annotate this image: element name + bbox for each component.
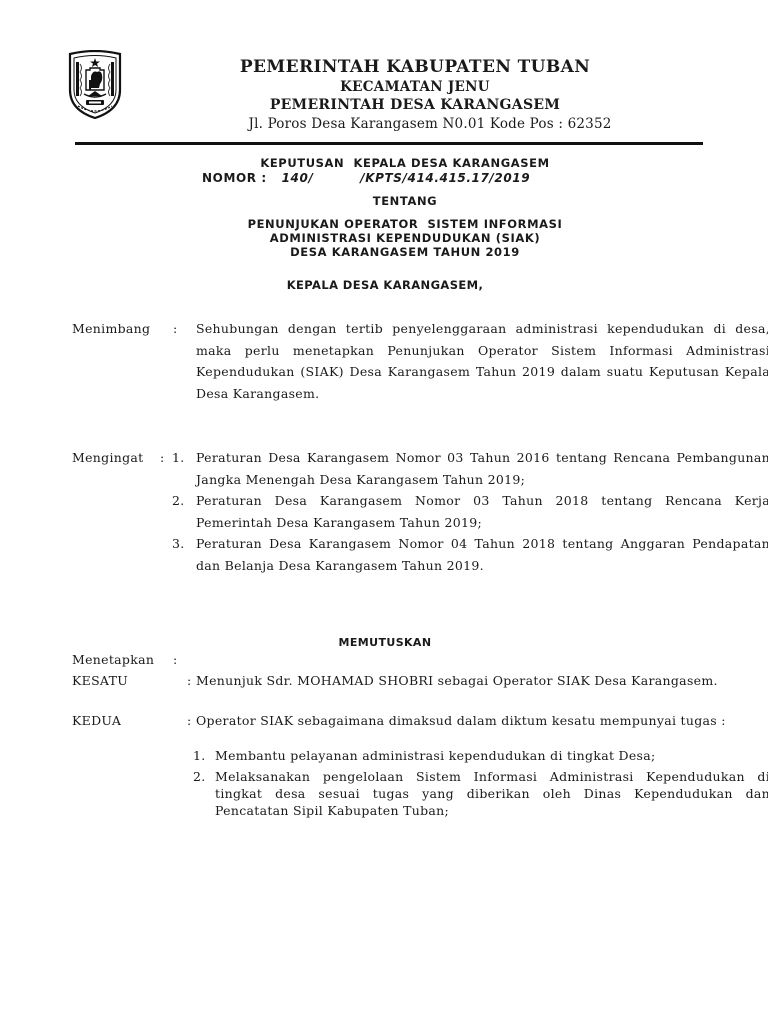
tentang-label: TENTANG — [150, 194, 660, 209]
letterhead-divider — [75, 142, 703, 145]
item-text: Peraturan Desa Karangasem Nomor 04 Tahun… — [196, 536, 768, 573]
decree-title-block: KEPUTUSAN KEPALA DESA KARANGASEM NOMOR :… — [150, 156, 660, 259]
kedua-text: Operator SIAK sebagaimana dimaksud dalam… — [196, 712, 768, 729]
item-number: 3. — [172, 533, 192, 555]
decree-subject-line-2: ADMINISTRASI KEPENDUDUKAN (SIAK) — [150, 231, 660, 245]
decree-heading: KEPUTUSAN KEPALA DESA KARANGASEM — [150, 156, 660, 171]
menimbang-text: Sehubungan dengan tertib penyelenggaraan… — [196, 318, 768, 404]
kesatu-text: Menunjuk Sdr. MOHAMAD SHOBRI sebagai Ope… — [196, 672, 768, 689]
kedua-colon: : — [187, 712, 192, 729]
decree-subject-line-3: DESA KARANGASEM TAHUN 2019 — [150, 245, 660, 259]
document-page: PEMERINTAH KABUPATEN TUBAN KECAMATAN JEN… — [0, 0, 768, 1024]
menetapkan-colon: : — [173, 649, 178, 671]
menimbang-colon: : — [173, 318, 178, 340]
letterhead: PEMERINTAH KABUPATEN TUBAN KECAMATAN JEN… — [195, 56, 635, 134]
mengingat-list: 1. Peraturan Desa Karangasem Nomor 03 Ta… — [196, 447, 768, 577]
kesatu-label: KESATU — [72, 672, 128, 689]
memutuskan-heading: MEMUTUSKAN — [150, 636, 620, 649]
decree-number: NOMOR : 140/ /KPTS/414.415.17/2019 — [150, 171, 660, 186]
mengingat-colon: : — [160, 447, 165, 469]
mengingat-item: 3. Peraturan Desa Karangasem Nomor 04 Ta… — [196, 533, 768, 576]
tuban-regency-emblem-icon — [66, 50, 124, 120]
regency-name: PEMERINTAH KABUPATEN TUBAN — [195, 56, 635, 78]
address: Jl. Poros Desa Karangasem N0.01 Kode Pos… — [195, 114, 635, 134]
task-item: 1. Membantu pelayanan administrasi kepen… — [215, 747, 768, 764]
mengingat-label: Mengingat — [72, 447, 143, 469]
task-item: 2. Melaksanakan pengelolaan Sistem Infor… — [215, 768, 768, 819]
task-text: Membantu pelayanan administrasi kependud… — [215, 748, 656, 763]
decree-subject-line-1: PENUNJUKAN OPERATOR SISTEM INFORMASI — [150, 217, 660, 231]
district-name: KECAMATAN JENU — [195, 78, 635, 96]
mengingat-item: 1. Peraturan Desa Karangasem Nomor 03 Ta… — [196, 447, 768, 490]
decree-number-label: NOMOR : — [202, 171, 267, 185]
task-text: Melaksanakan pengelolaan Sistem Informas… — [215, 769, 768, 818]
decree-number-part-b: /KPTS/414.415.17/2019 — [360, 171, 530, 185]
menimbang-label: Menimbang — [72, 318, 150, 340]
decree-number-part-a: 140/ — [282, 171, 314, 185]
item-text: Peraturan Desa Karangasem Nomor 03 Tahun… — [196, 493, 768, 530]
item-number: 1. — [172, 447, 192, 469]
item-number: 2. — [172, 490, 192, 512]
kesatu-colon: : — [187, 672, 192, 689]
village-government-name: PEMERINTAH DESA KARANGASEM — [195, 96, 635, 114]
task-number: 1. — [193, 747, 213, 764]
mengingat-item: 2. Peraturan Desa Karangasem Nomor 03 Ta… — [196, 490, 768, 533]
kedua-label: KEDUA — [72, 712, 121, 729]
issuer-heading: KEPALA DESA KARANGASEM, — [150, 278, 620, 292]
menetapkan-label: Menetapkan — [72, 649, 154, 671]
item-text: Peraturan Desa Karangasem Nomor 03 Tahun… — [196, 450, 768, 487]
task-number: 2. — [193, 768, 213, 785]
